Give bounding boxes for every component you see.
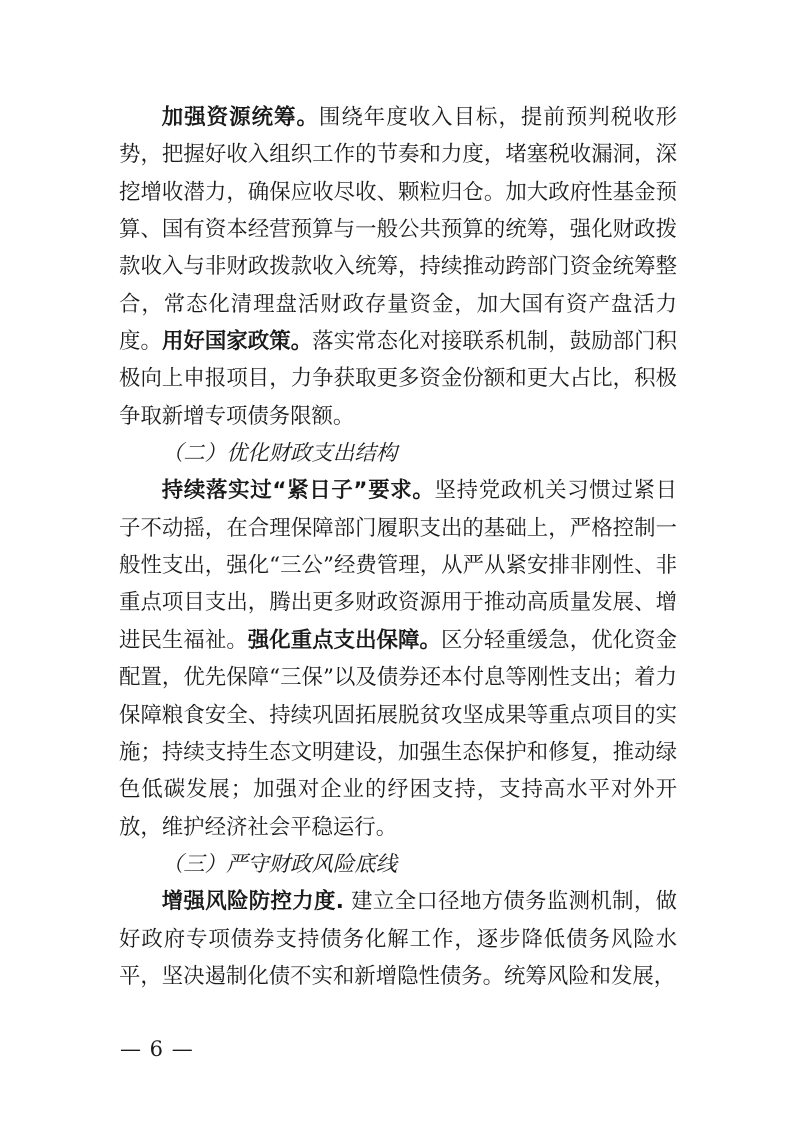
text-run: 区分轻重缓急，优化资金配置，优先保障“三保”以及债券还本付息等刚性支出；着力保障… xyxy=(119,628,677,840)
section-heading: （二）优化财政支出结构 xyxy=(119,435,677,472)
paragraph: 持续落实过“紧日子”要求。坚持党政机关习惯过紧日子不动摇，在合理保障部门履职支出… xyxy=(119,472,677,845)
section-heading: （三）严守财政风险底线 xyxy=(119,846,677,883)
page-number: — 6 — xyxy=(120,1036,194,1062)
emphasis-run: 持续落实过“紧日子”要求。 xyxy=(162,478,435,503)
paragraph: 增强风险防控力度. 建立全口径地方债务监测机制，做好政府专项债券支持债务化解工作… xyxy=(119,883,677,995)
emphasis-run: 加强资源统筹。 xyxy=(162,105,319,130)
text-run: 坚持党政机关习惯过紧日子不动摇，在合理保障部门履职支出的基础上，严格控制一般性支… xyxy=(119,478,677,652)
text-run: 围绕年度收入目标，提前预判税收形势，把握好收入组织工作的节奏和力度，堵塞税收漏洞… xyxy=(119,105,677,354)
emphasis-run: 强化重点支出保障。 xyxy=(248,628,441,653)
document-page: 加强资源统筹。围绕年度收入目标，提前预判税收形势，把握好收入组织工作的节奏和力度… xyxy=(0,0,793,1122)
emphasis-run: 增强风险防控力度. xyxy=(162,889,344,914)
text-run: （三）严守财政风险底线 xyxy=(162,852,397,877)
document-body: 加强资源统筹。围绕年度收入目标，提前预判税收形势，把握好收入组织工作的节奏和力度… xyxy=(119,99,677,995)
text-run: （二）优化财政支出结构 xyxy=(162,441,397,466)
paragraph: 加强资源统筹。围绕年度收入目标，提前预判税收形势，把握好收入组织工作的节奏和力度… xyxy=(119,99,677,435)
emphasis-run: 用好国家政策。 xyxy=(162,329,312,354)
